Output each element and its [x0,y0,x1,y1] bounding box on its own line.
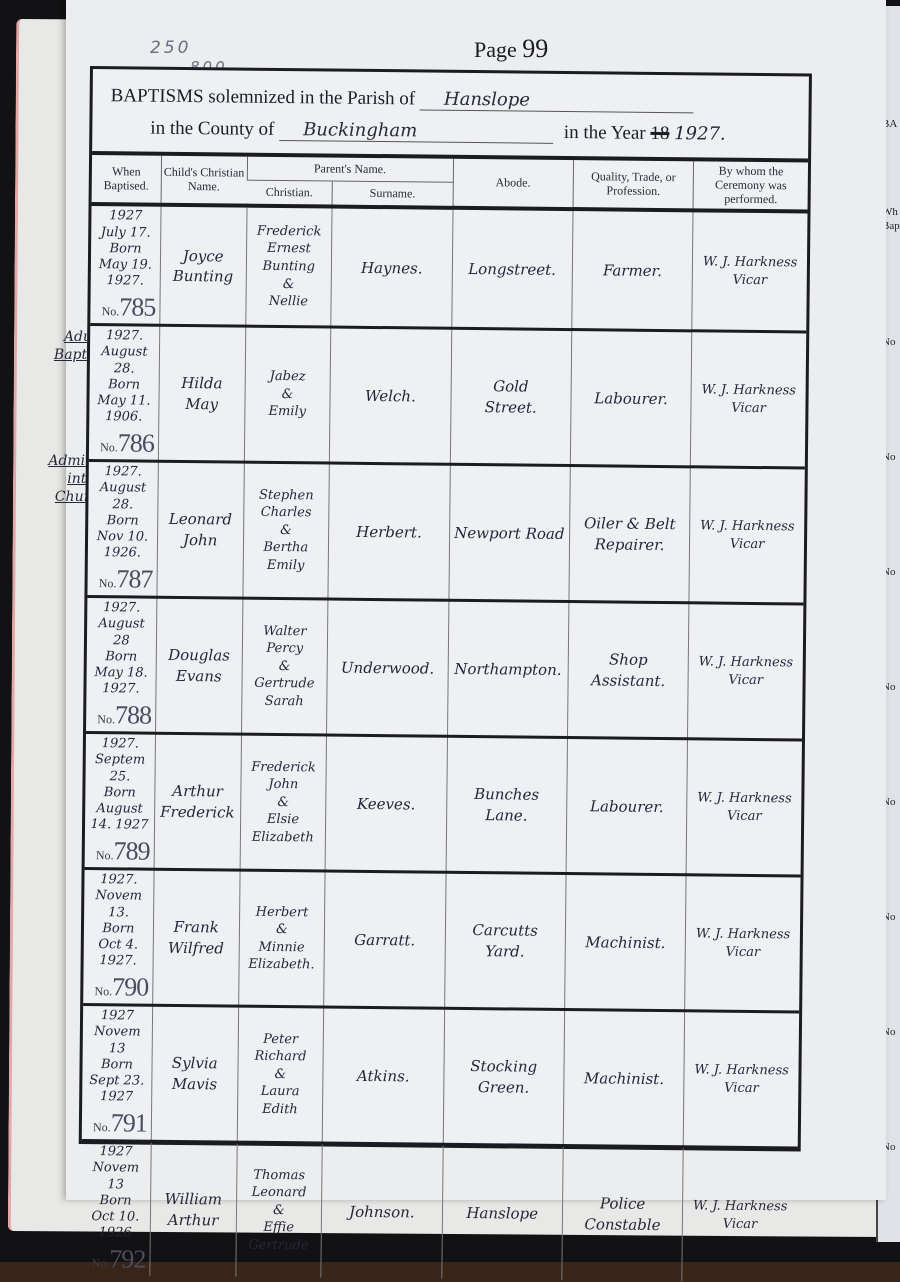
born-label: Born [109,241,141,256]
heading-year-label: in the Year [564,122,646,144]
birth-date: May 19. 1927. [99,257,152,289]
parent-christian-names: Frederick Ernest Bunting & Nellie [250,223,328,312]
entry-number: No.792 [84,1243,145,1276]
child-name: Frank Wilfred [158,917,235,958]
trade-profession: Shop Assistant. [572,649,684,691]
abode: Gold Street. [455,376,567,418]
baptism-date: August 28 [98,617,145,649]
pencil-number-top: 250 [150,38,191,58]
birth-date: May 11. 1906. [97,393,150,425]
register-year: 1927. [674,123,726,145]
officiant-cell: W. J. Harkness Vicar [689,467,805,604]
officiant-name: W. J. Harkness Vicar [696,381,802,417]
child-name: Sylvia Mavis [156,1053,233,1094]
parent-surname: Keeves. [330,793,442,814]
abode: Longstreet. [456,258,568,279]
entry-number: No.785 [94,291,155,324]
entry-number-label: No. [96,848,114,862]
col-parent-christian: Christian. [247,180,333,207]
register-heading: BAPTISMS solemnized in the Parish of Han… [92,69,809,162]
register-entry-row: 1927 Novem 13 Born Oct 10. 1926 No.792 W… [80,1141,797,1282]
when-baptised-cell: 1927 July 17. Born May 19. 1927. No.785 [90,204,161,325]
parent-surname-cell: Haynes. [331,207,453,329]
birth-date: Oct 10. 1926 [91,1209,139,1241]
parent-christian-names: Peter Richard & Laura Edith [242,1030,320,1119]
officiant-name: W. J. Harkness Vicar [688,1061,794,1097]
parent-surname: Underwood. [332,657,444,678]
parent-christian-cell: Stephen Charles & Bertha Emily [242,462,329,599]
entry-number-value: 792 [109,1244,145,1273]
birth-date: Oct 4. 1927. [98,937,138,969]
birth-date: August 14. 1927 [90,801,148,833]
entry-number-label: No. [100,440,118,454]
when-baptised-cell: 1927. Novem 13. Born Oct 4. 1927. No.790 [83,869,154,1006]
child-name-cell: Sylvia Mavis [151,1005,238,1142]
parent-christian-cell: Thomas Leonard & Effie Gertrude [235,1142,322,1277]
col-child-name: Child's Christian Name. [161,156,247,206]
trade-cell: Shop Assistant. [567,602,689,739]
when-baptised-cell: 1927. August 28 Born May 18. 1927. No.78… [86,597,157,734]
baptism-date: Septem 25. [95,752,145,784]
parent-christian-names: Frederick John & Elsie Elizabeth [244,758,322,847]
parent-christian-cell: Jabez & Emily [244,326,331,463]
parent-surname: Herbert. [333,521,445,542]
trade-cell: Labourer. [566,738,688,875]
trade-profession: Oiler & Belt Repairer. [574,513,686,555]
officiant-cell: W. J. Harkness Vicar [688,603,804,740]
baptism-date: Novem 13 [94,1024,141,1056]
entry-number-value: 785 [119,292,155,321]
officiant-name: W. J. Harkness Vicar [694,517,800,553]
col-parent-surname: Surname. [332,181,453,208]
parent-surname-cell: Johnson. [321,1143,443,1279]
abode-cell: Newport Road [448,464,570,601]
heading-county-line: in the County of Buckingham in the Year … [150,118,726,146]
abode-cell: Longstreet. [451,208,573,330]
county-name: Buckingham [279,119,553,144]
trade-profession: Labourer. [571,796,683,817]
child-name-cell: Frank Wilfred [153,869,240,1006]
baptism-year: 1927 [109,209,142,224]
child-name-cell: William Arthur [150,1141,237,1276]
child-name-cell: Hilda May [158,325,245,462]
abode-cell: Bunches Lane. [446,736,568,873]
child-name: Leonard John [162,509,239,550]
heading-parish-label: BAPTISMS solemnized in the Parish of [111,85,416,109]
abode: Newport Road [454,522,566,543]
when-baptised-cell: 1927. Septem 25. Born August 14. 1927 No… [85,733,156,870]
child-name-cell: Joyce Bunting [160,205,247,326]
parent-surname-cell: Keeves. [325,735,447,872]
parent-surname-cell: Welch. [330,327,452,464]
born-label: Born [102,921,134,936]
parent-christian-names: Herbert & Minnie Elizabeth. [243,903,320,974]
baptism-date: Novem 13 [93,1160,140,1192]
parent-surname: Garratt. [329,929,441,950]
baptism-date: July 17. [101,225,151,241]
entry-number-value: 786 [118,428,154,457]
page-number-value: 99 [522,34,548,63]
baptism-register-table: BAPTISMS solemnized in the Parish of Han… [79,66,812,1152]
printed-year-struck: 18 [650,123,669,144]
abode: Northampton. [452,658,564,679]
entry-number-label: No. [94,984,112,998]
officiant-name: W. J. Harkness Vicar [690,925,796,961]
baptism-year: 1927. [106,328,143,343]
abode: Stocking Green. [448,1056,560,1098]
baptism-year: 1927. [103,600,140,615]
entry-number-value: 788 [115,700,151,729]
parent-surname-cell: Underwood. [327,599,449,736]
page-number: Page 99 [474,34,548,64]
abode-cell: Northampton. [447,600,569,737]
col-abode: Abode. [453,159,574,210]
trade-cell: Farmer. [572,209,694,331]
register-entry-row: 1927. August 28. Born Nov 10. 1926. No.7… [87,461,804,604]
baptism-date: August 28. [100,481,147,513]
parent-christian-cell: Herbert & Minnie Elizabeth. [238,870,325,1007]
entry-number: No.786 [93,427,154,460]
register-page: 250 800 Page 99 Adult Baptism Admitted i… [66,0,886,1200]
born-label: Born [105,649,137,664]
register-entry-row: 1927. August 28 Born May 18. 1927. No.78… [86,597,803,740]
abode-cell: Hanslope [441,1144,563,1280]
entry-number-label: No. [92,1256,110,1270]
entry-number: No.789 [89,835,150,868]
trade-cell: Labourer. [570,330,692,467]
parent-surname-cell: Garratt. [324,871,446,1008]
entry-number-value: 791 [111,1108,147,1137]
child-name-cell: Arthur Frederick [154,733,241,870]
child-name: Joyce Bunting [165,245,242,286]
parent-surname: Haynes. [336,257,448,278]
officiant-name: W. J. Harkness Vicar [697,254,803,290]
trade-profession: Farmer. [577,260,689,281]
register-entry-row: 1927 Novem 13 Born Sept 23. 1927 No.791 … [82,1005,799,1148]
trade-cell: Machinist. [563,1010,685,1147]
officiant-cell: W. J. Harkness Vicar [685,875,801,1012]
born-label: Born [101,1057,133,1072]
baptism-year: 1927. [104,464,141,479]
born-label: Born [107,513,139,528]
parish-name: Hanslope [420,88,694,113]
baptism-year: 1927 [101,1008,134,1023]
parent-christian-cell: Frederick John & Elsie Elizabeth [240,734,327,871]
col-when-baptised: When Baptised. [92,155,162,205]
page-label: Page [474,37,517,62]
child-name-cell: Leonard John [157,461,244,598]
child-name-cell: Douglas Evans [155,597,242,734]
officiant-name: W. J. Harkness Vicar [687,1197,793,1233]
entry-number-value: 790 [112,972,148,1001]
parent-christian-names: Jabez & Emily [249,368,326,421]
child-name: Douglas Evans [160,645,237,686]
heading-parish-line: BAPTISMS solemnized in the Parish of Han… [111,85,694,113]
officiant-name: W. J. Harkness Vicar [693,653,799,689]
entry-number-value: 787 [116,564,152,593]
register-entry-row: 1927. Septem 25. Born August 14. 1927 No… [85,733,802,876]
child-name: William Arthur [155,1189,232,1230]
trade-profession: Machinist. [570,932,682,953]
parent-christian-cell: Frederick Ernest Bunting & Nellie [245,206,332,327]
register-grid: When Baptised. Child's Christian Name. P… [80,155,808,1282]
entry-number-label: No. [99,576,117,590]
birth-date: May 18. 1927. [94,665,147,697]
register-entry-row: 1927 July 17. Born May 19. 1927. No.785 … [90,204,807,332]
baptism-date: Novem 13. [95,888,142,920]
when-baptised-cell: 1927 Novem 13 Born Oct 10. 1926 No.792 [80,1141,151,1276]
trade-profession: Police Constable [567,1193,679,1235]
when-baptised-cell: 1927. August 28. Born May 11. 1906. No.7… [89,325,160,462]
register-entry-row: 1927. August 28. Born May 11. 1906. No.7… [89,325,806,468]
entry-number-label: No. [93,1120,111,1134]
baptism-year: 1927. [102,736,139,751]
born-label: Born [108,377,140,392]
officiant-cell: W. J. Harkness Vicar [686,739,802,876]
birth-date: Sept 23. 1927 [89,1073,144,1105]
officiant-cell: W. J. Harkness Vicar [683,1011,799,1148]
baptism-date: August 28. [101,345,148,377]
abode: Carcutts Yard. [449,920,561,962]
abode-cell: Gold Street. [450,328,572,465]
entry-number: No.790 [87,971,148,1004]
parent-christian-names: Walter Percy & Gertrude Sarah [246,622,324,711]
officiant-name: W. J. Harkness Vicar [691,789,797,825]
officiant-cell: W. J. Harkness Vicar [692,211,808,332]
trade-cell: Machinist. [565,874,687,1011]
entry-number-label: No. [97,712,115,726]
abode: Bunches Lane. [451,784,563,826]
officiant-cell: W. J. Harkness Vicar [682,1147,798,1282]
abode: Hanslope [446,1202,558,1223]
entry-number-label: No. [102,304,120,318]
parent-surname-cell: Herbert. [328,463,450,600]
trade-cell: Oiler & Belt Repairer. [569,466,691,603]
born-label: Born [104,785,136,800]
parent-christian-cell: Walter Percy & Gertrude Sarah [241,598,328,735]
entry-number: No.788 [90,699,151,732]
entry-number-value: 789 [113,836,149,865]
parent-surname-cell: Atkins. [322,1007,444,1144]
parent-surname: Welch. [335,385,447,406]
parent-surname: Johnson. [326,1201,438,1222]
entry-number: No.791 [86,1107,147,1140]
parent-christian-names: Stephen Charles & Bertha Emily [247,486,325,575]
trade-profession: Machinist. [568,1068,680,1089]
born-label: Born [99,1193,131,1208]
entry-number: No.787 [91,563,152,596]
parent-surname: Atkins. [328,1065,440,1086]
baptism-year: 1927 [99,1144,132,1159]
when-baptised-cell: 1927. August 28. Born Nov 10. 1926. No.7… [87,461,158,598]
parent-christian-cell: Peter Richard & Laura Edith [237,1006,324,1143]
trade-cell: Police Constable [562,1146,684,1282]
child-name: Hilda May [163,373,240,414]
when-baptised-cell: 1927 Novem 13 Born Sept 23. 1927 No.791 [82,1005,153,1142]
parent-christian-names: Thomas Leonard & Effie Gertrude [240,1166,318,1255]
child-name: Arthur Frederick [159,781,236,822]
abode-cell: Stocking Green. [443,1008,565,1145]
trade-profession: Labourer. [575,388,687,409]
register-entry-row: 1927. Novem 13. Born Oct 4. 1927. No.790… [83,869,800,1012]
col-officiant: By whom the Ceremony was performed. [693,161,808,212]
abode-cell: Carcutts Yard. [444,872,566,1009]
birth-date: Nov 10. 1926. [97,529,149,561]
officiant-cell: W. J. Harkness Vicar [691,331,807,468]
col-trade: Quality, Trade, or Profession. [573,160,694,211]
heading-county-label: in the County of [150,118,274,140]
baptism-year: 1927. [100,872,137,887]
col-parents-name: Parent's Name. [247,157,453,183]
